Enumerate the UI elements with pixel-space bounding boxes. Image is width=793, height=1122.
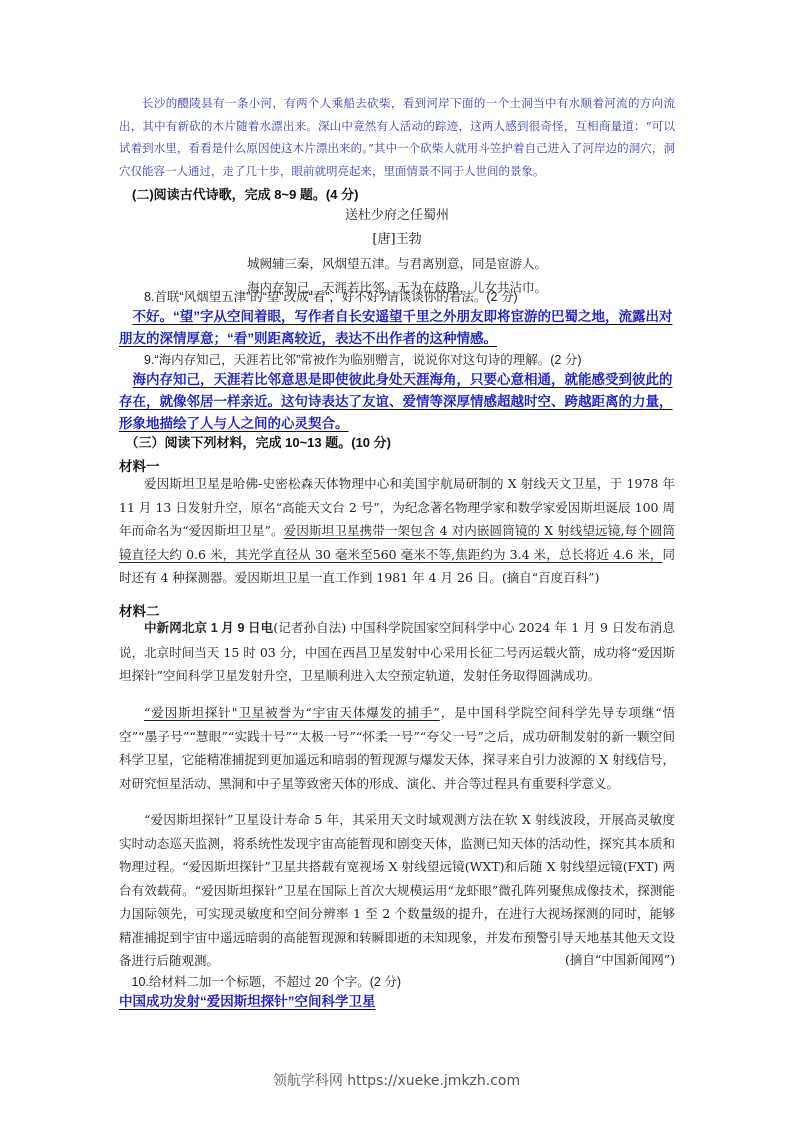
answer-10: 中国成功发射“爱因斯坦探针”空间科学卫星 xyxy=(119,991,675,1013)
poem-line-1: 城阙辅三秦，风烟望五津。与君离别意，同是宦游人。 xyxy=(119,252,675,276)
answer-9: 海内存知己，天涯若比邻意思是即使彼此身处天涯海角，只要心意相通，就能感受到彼此的… xyxy=(119,369,675,435)
material2-paragraph-2: “爱因斯坦探针"卫星被誉为“宇宙天体爆发的捕手”，是中国科学院空间科学先导专项继… xyxy=(119,701,675,795)
answer-8: 不好。“望”字从空间着眼，写作者自长安遥望千里之外朋友即将宦游的巴蜀之地，流露出… xyxy=(119,306,675,350)
intro-paragraph: 长沙的醴陵县有一条小河，有两个人乘船去砍柴，看到河岸下面的一个土洞当中有水顺着河… xyxy=(119,92,675,182)
question-8: 8.首联“风烟望五津”的“望”改成“看”，好不好?请谈谈你的看法。(2 分) xyxy=(119,286,675,308)
material2-paragraph-1: 中新网北京 1 月 9 日电(记者孙自法) 中国科学院国家空间科学中心 2024… xyxy=(119,616,675,688)
poem-title: 送杜少府之任蜀州 xyxy=(119,204,675,228)
question-9: 9.“海内存知己，天涯若比邻”常被作为临别赠言，说说你对这句诗的理解。(2 分) xyxy=(119,349,675,371)
dateline: 中新网北京 1 月 9 日电 xyxy=(144,621,273,635)
footer-watermark: 领航学科网 https://xueke.jmkzh.com xyxy=(0,1070,793,1090)
material1-text: 爱因斯坦卫星是哈佛-史密松森天体物理中心和美国宇航局研制的 X 射线天文卫星，于… xyxy=(119,472,675,590)
section2-heading: (二)阅读古代诗歌，完成 8~9 题。(4 分) xyxy=(119,184,688,203)
question-10: 10.给材料二加一个标题，不超过 20 个字。(2 分) xyxy=(119,971,675,993)
material2-source: (摘自“中国新闻网”) xyxy=(119,948,675,972)
poem-author: [唐]王勃 xyxy=(119,228,675,252)
section3-heading: （三）阅读下列材料，完成 10~13 题。(10 分) xyxy=(119,432,682,451)
material2-p2-underlined: “爱因斯坦探针"卫星被誉为“宇宙天体爆发的捕手” xyxy=(144,705,440,720)
